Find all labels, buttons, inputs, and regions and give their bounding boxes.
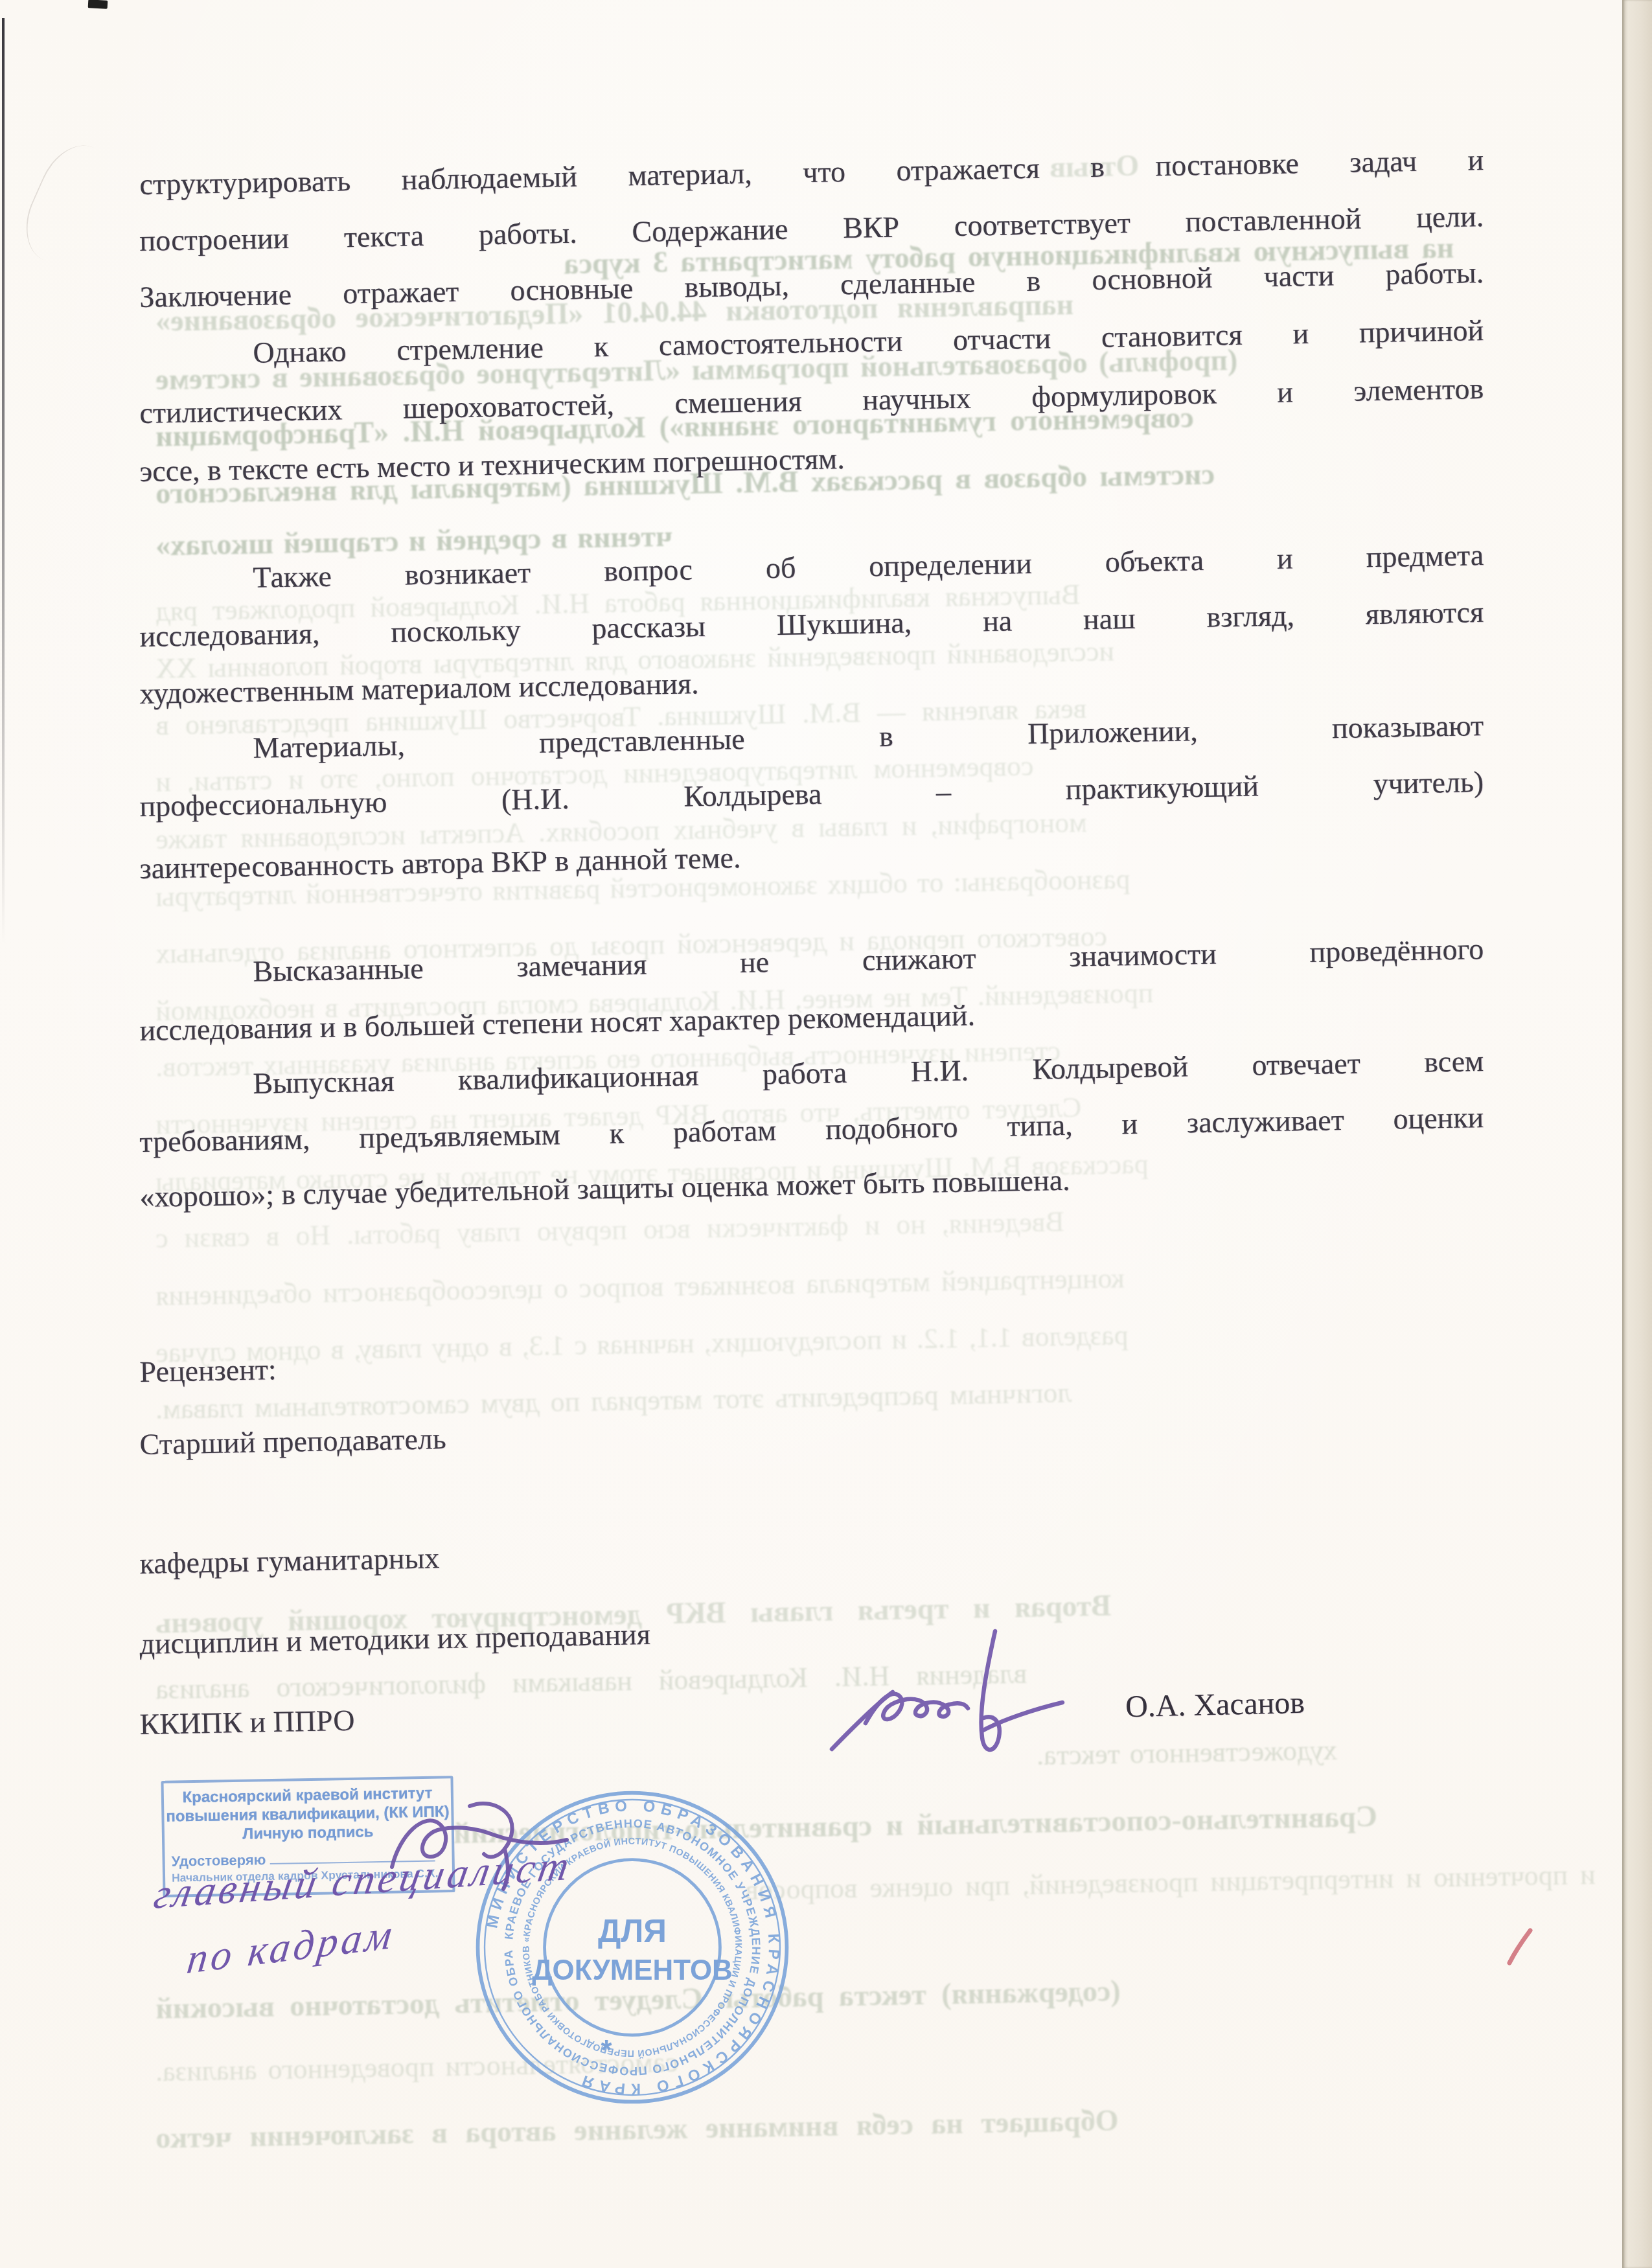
bleed-through-line: художественного текста. (1037, 1734, 1338, 1772)
reviewer-signature (828, 1620, 1074, 1765)
bleed-through-line: и прочтению и интерпретации произведений… (745, 1858, 1596, 1907)
bleed-through-line: концентрацией материала возникает вопрос… (155, 1261, 1125, 1312)
document-line: структурировать наблюдаемый материал, чт… (139, 142, 1484, 203)
handwritten-position-line-2: по кадрам (185, 1909, 398, 1984)
scanner-edge-band (1622, 0, 1652, 2268)
red-pen-mark (1502, 1925, 1538, 1968)
bleed-through-line: Обращает на себя внимание желание автора… (155, 2103, 1119, 2155)
paper-crease (12, 133, 141, 281)
scan-left-edge-line (2, 18, 5, 945)
scanned-review-page: Отзывна выпускную квалификационную работ… (0, 0, 1652, 2268)
round-stamp-center-line-1: ДЛЯ (598, 1913, 667, 1949)
round-stamp-star-icon: * (601, 2035, 612, 2067)
round-stamp-center-line-2: ДОКУМЕНТОВ (532, 1954, 732, 1986)
reviewer-position-line-1: Старший преподаватель (139, 1421, 446, 1461)
bleed-through-line: логичным распределить этот материал по д… (155, 1376, 1072, 1426)
reviewer-name: О.А. Хасанов (1125, 1685, 1305, 1724)
reviewer-position-line-2: кафедры гуманитарных (139, 1541, 440, 1581)
bleed-through-line: разделов 1.1, 1.2. и последующих, начина… (155, 1318, 1129, 1369)
reviewer-position-line-4: ККИПК и ППРО (139, 1703, 355, 1741)
reviewer-label: Рецензент: (139, 1352, 277, 1389)
scan-top-mark (88, 0, 108, 9)
